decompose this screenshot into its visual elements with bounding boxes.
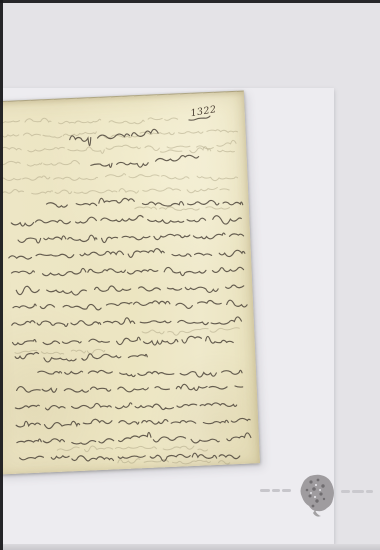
- archive-number: 1322: [190, 104, 218, 119]
- scan-border-top: [0, 0, 380, 3]
- scan-bottom-edge: [0, 544, 380, 550]
- digitization-watermark: [255, 470, 380, 520]
- watermark-right-text: [341, 490, 373, 493]
- watermark-left-text: [260, 489, 291, 492]
- letter-page: 1322: [0, 90, 260, 474]
- scan-border-left: [0, 0, 3, 550]
- archive-stamp-icon: [301, 475, 335, 517]
- scanned-document: 1322: [0, 0, 380, 550]
- handwriting-ink: 1322: [0, 91, 260, 474]
